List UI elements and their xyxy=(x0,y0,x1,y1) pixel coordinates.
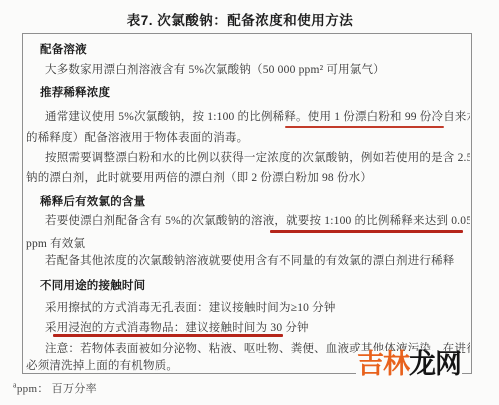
footnote: appm： 百万分率 xyxy=(13,380,97,396)
table-section-heading: 不同用途的接触时间 xyxy=(40,279,470,294)
table-title: 表7. 次氯酸钠：配备浓度和使用方法 xyxy=(0,9,480,29)
table-text-line: 若配备其他浓度的次氯酸钠溶液就要使用含有不同量的有效氯的漂白剂进行稀释 xyxy=(45,254,470,269)
red-underline-annotation xyxy=(285,126,444,128)
watermark-text-primary: 吉林 xyxy=(357,349,409,379)
table-text-line: 大多数家用漂白剂溶液含有 5%次氯酸钠（50 000 ppm² 可用氯气） xyxy=(45,63,470,78)
table-text-line: 钠的漂白剂，此时就要用两倍的漂白剂（即 2 份漂白粉加 98 份水） xyxy=(26,171,470,186)
red-underline-annotation xyxy=(53,334,283,337)
red-underline-annotation xyxy=(270,230,463,233)
table-text-line: ppm 有效氯 xyxy=(26,237,470,252)
document-page: 表7. 次氯酸钠：配备浓度和使用方法 配备溶液大多数家用漂白剂溶液含有 5%次氯… xyxy=(0,0,499,405)
table-text-line: 采用擦拭的方式消毒无孔表面：建议接触时间为≥10 分钟 xyxy=(45,301,470,316)
footnote-text: ppm： 百万分率 xyxy=(17,383,97,395)
table-section-heading: 配备溶液 xyxy=(40,43,470,58)
table-section-heading: 推荐稀释浓度 xyxy=(40,86,470,101)
watermark: 吉林龙网 xyxy=(356,351,462,378)
table-section-heading: 稀释后有效氯的含量 xyxy=(40,195,470,210)
table-text-line: 按照需要调整漂白粉和水的比例以获得一定浓度的次氯酸钠，例如若使用的是含 2.5%… xyxy=(45,151,470,166)
watermark-text-secondary: 龙网 xyxy=(409,349,461,379)
table-text-line: 若要使漂白剂配备含有 5%的次氯酸钠的溶液，就要按 1:100 的比例稀释来达到… xyxy=(45,214,470,229)
table-text-line: 通常建议使用 5%次氯酸钠，按 1:100 的比例稀释。使用 1 份漂白粉和 9… xyxy=(45,110,470,125)
table-text-line: 的稀释度）配备溶液用于物体表面的消毒。 xyxy=(26,131,470,146)
